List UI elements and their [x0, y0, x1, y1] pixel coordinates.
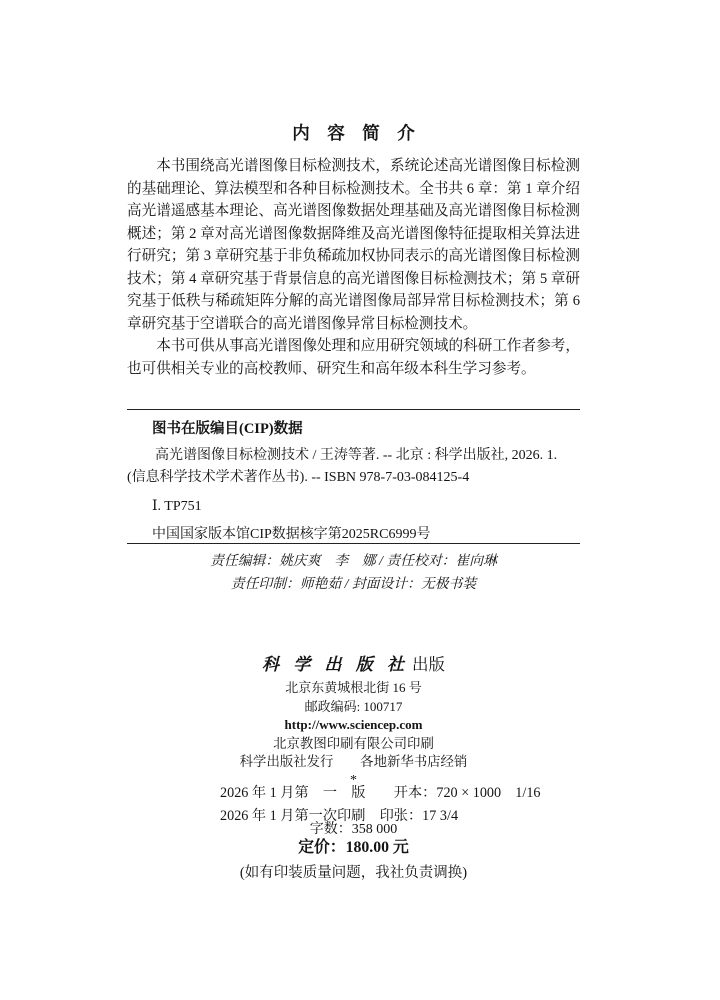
cip-title-author-line: 高光谱图像目标检测技术 / 王涛等著. -- 北京 : 科学出版社, 2026.… — [127, 445, 580, 467]
content-summary-title: 内 容 简 介 — [127, 121, 580, 145]
price-line: 定价：180.00 元 — [127, 836, 580, 860]
cip-record-number: 中国国家版本馆CIP数据核字第2025RC6999号 — [152, 525, 580, 545]
publisher-address-block: 北京东黄城根北街 16 号 邮政编码: 100717 http://www.sc… — [127, 679, 580, 772]
cip-heading: 图书在版编目(CIP)数据 — [152, 419, 580, 439]
credits-editors-line: 责任编辑：姚庆爽 李 娜 / 责任校对：崔向琳 — [127, 550, 580, 573]
content-column: 内 容 简 介 本书围绕高光谱图像目标检测技术，系统论述高光谱图像目标检测的基础… — [127, 0, 580, 1000]
abstract-paragraph-2: 本书可供从事高光谱图像处理和应用研究领域的科研工作者参考，也可供相关专业的高校教… — [127, 335, 580, 380]
publisher-website: http://www.sciencep.com — [127, 716, 580, 735]
credits-print-design-line: 责任印制：师艳茹 / 封面设计：无极书装 — [127, 573, 580, 596]
edition-first-line: 2026 年 1 月第 一 版 开本：720 × 1000 1/16 — [220, 782, 541, 805]
cip-data-block: 图书在版编目(CIP)数据 高光谱图像目标检测技术 / 王涛等著. -- 北京 … — [127, 409, 580, 544]
editorial-credits: 责任编辑：姚庆爽 李 娜 / 责任校对：崔向琳 责任印制：师艳茹 / 封面设计：… — [127, 550, 580, 595]
cip-class-code: Ⅰ. TP751 — [152, 497, 580, 517]
cip-series-isbn-line: (信息科学技术学术著作丛书). -- ISBN 978-7-03-084125-… — [127, 467, 580, 489]
science-press-logo: 科 学 出 版 社 — [262, 655, 409, 674]
abstract-paragraph-1: 本书围绕高光谱图像目标检测技术，系统论述高光谱图像目标检测的基础理论、算法模型和… — [127, 155, 580, 335]
publisher-street-address: 北京东黄城根北街 16 号 — [127, 679, 580, 698]
publisher-block: 科 学 出 版 社出版 北京东黄城根北街 16 号 邮政编码: 100717 h… — [127, 652, 580, 790]
book-copyright-page: 内 容 简 介 本书围绕高光谱图像目标检测技术，系统论述高光谱图像目标检测的基础… — [0, 0, 720, 1000]
content-summary-body: 本书围绕高光谱图像目标检测技术，系统论述高光谱图像目标检测的基础理论、算法模型和… — [127, 155, 580, 380]
quality-note-line: (如有印装质量问题，我社负责调换) — [127, 861, 580, 885]
publisher-logo-suffix: 出版 — [412, 655, 445, 674]
printer-line: 北京教图印刷有限公司印刷 — [127, 735, 580, 754]
publisher-logo-line: 科 学 出 版 社出版 — [127, 652, 580, 679]
distribution-line: 科学出版社发行 各地新华书店经销 — [127, 753, 580, 772]
publisher-postcode: 邮政编码: 100717 — [127, 698, 580, 717]
